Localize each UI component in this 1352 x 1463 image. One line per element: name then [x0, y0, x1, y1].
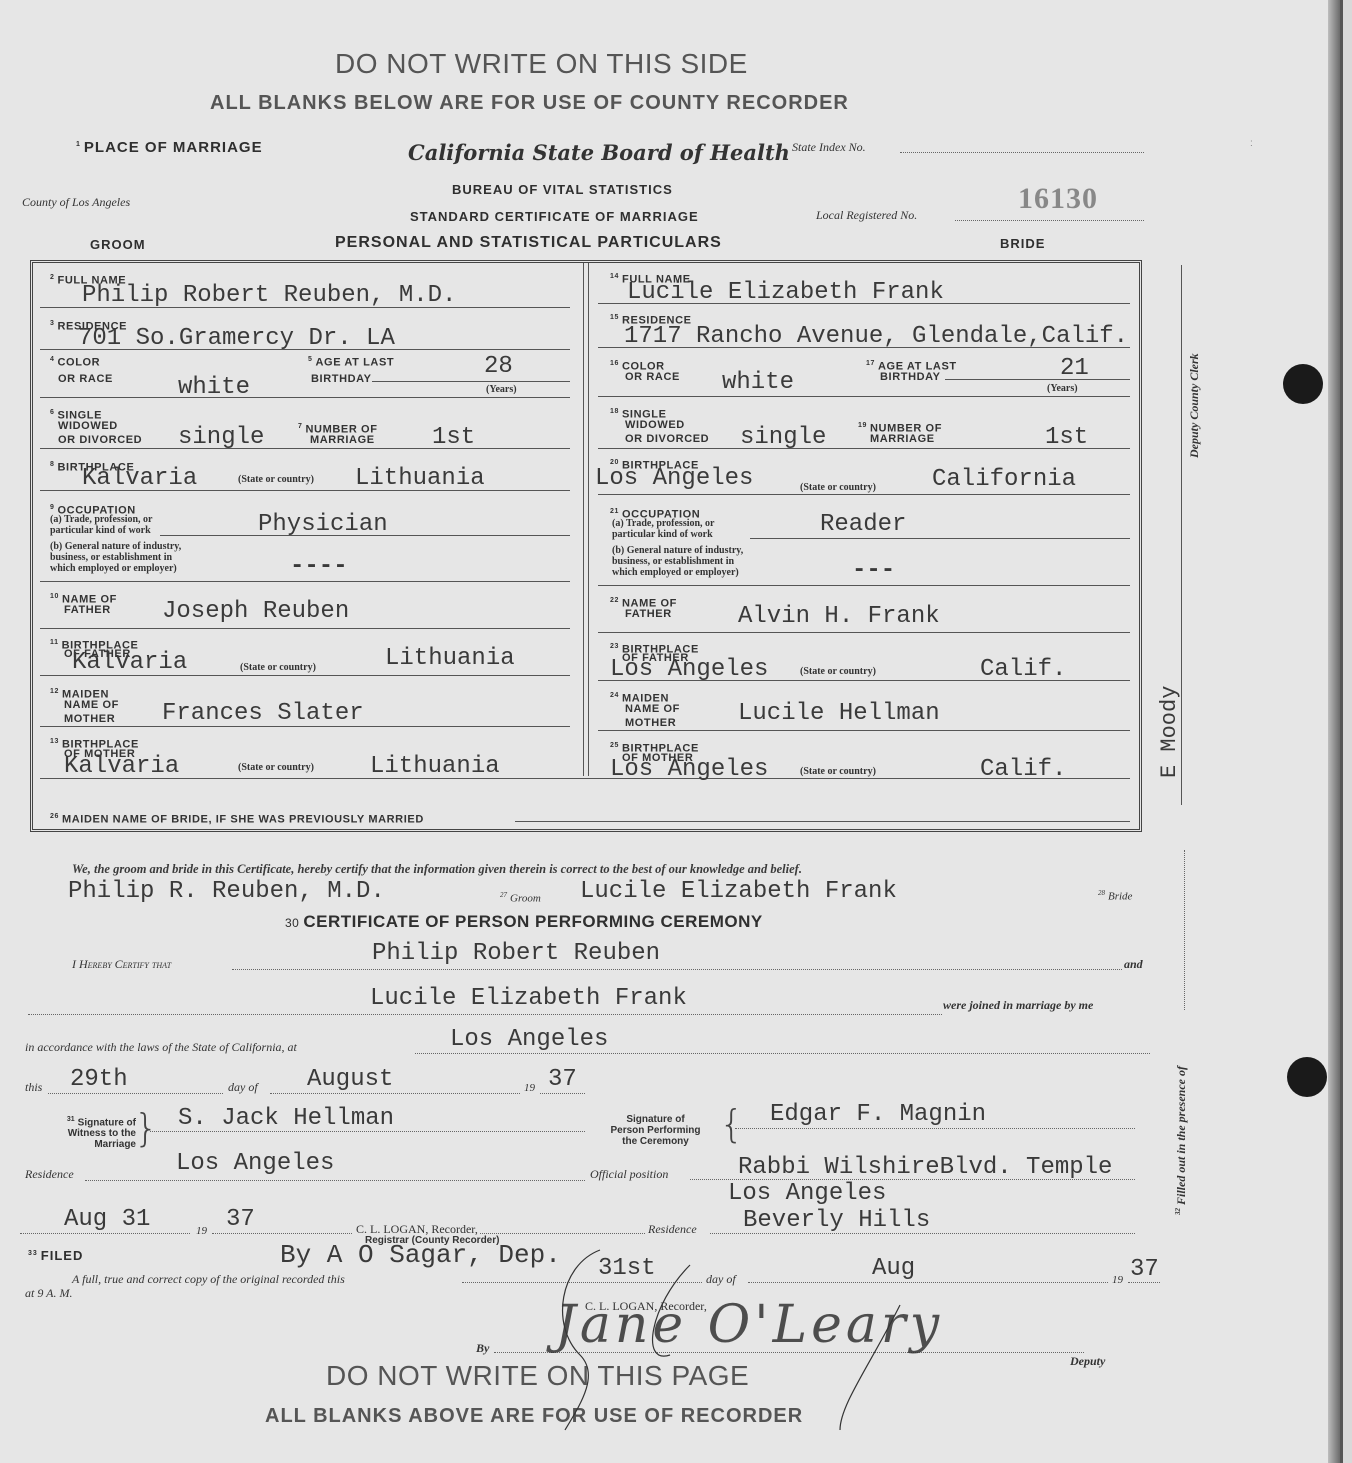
name-of-label: NAME OF	[64, 699, 119, 712]
state-or-country-label: (State or country)	[238, 762, 314, 773]
groom-mother-birthplace-city: Kalvaria	[64, 753, 179, 780]
row-rule	[40, 628, 570, 629]
bride-birthplace-country: California	[932, 466, 1076, 493]
bride-divorced-label: OR DIVORCED	[625, 433, 709, 446]
bride-race-label: OR RACE	[625, 371, 680, 384]
row-rule	[40, 349, 570, 350]
field-rule	[540, 1093, 585, 1094]
row-rule	[40, 448, 570, 449]
ceremony-place: Los Angeles	[450, 1026, 608, 1053]
field-rule	[28, 1014, 942, 1015]
top-notice: DO NOT WRITE ON THIS SIDE	[335, 48, 748, 80]
state-or-country-label: (State or country)	[800, 666, 876, 677]
field-rule	[480, 1233, 645, 1234]
occ-b-label-3: which employed or employer)	[612, 567, 739, 578]
mother-label: MOTHER	[625, 717, 676, 730]
father-label: FATHER	[625, 608, 672, 621]
witness-name: S. Jack Hellman	[178, 1105, 394, 1132]
ceremony-party-2: Lucile Elizabeth Frank	[370, 985, 687, 1012]
field-rule	[85, 1180, 585, 1181]
bride-birthplace-city: Los Angeles	[595, 465, 753, 492]
bride-marital-status: single	[740, 424, 826, 451]
particulars-heading: PERSONAL AND STATISTICAL PARTICULARS	[335, 234, 722, 252]
filed-time: at 9 A. M.	[25, 1286, 72, 1301]
groom-father-birthplace-country: Lithuania	[385, 645, 515, 672]
witness-label: 31Signature of Witness to the Marriage	[28, 1114, 136, 1150]
bride-mother-birthplace-country: Calif.	[980, 756, 1066, 783]
name-of-label: NAME OF	[625, 703, 680, 716]
laws-label: in accordance with the laws of the State…	[25, 1040, 297, 1055]
occ-rule	[160, 535, 570, 536]
bride-occupation: Reader	[820, 511, 906, 538]
ceremony-title: 30CERTIFICATE OF PERSON PERFORMING CEREM…	[285, 912, 763, 932]
filed-label: 33FILED	[28, 1248, 83, 1263]
field-rule	[232, 969, 1122, 970]
official-position-city: Los Angeles	[728, 1180, 886, 1207]
county-label: County of Los Angeles	[22, 195, 130, 210]
brace-icon: }	[718, 1102, 742, 1146]
ceremony-month: August	[307, 1066, 393, 1093]
occ-b-label: (b) General nature of industry,	[50, 541, 181, 552]
punch-hole-bottom	[1287, 1057, 1327, 1097]
occ-a-label: (a) Trade, profession, or	[612, 518, 715, 529]
groom-industry: ----	[290, 553, 348, 580]
bride-father-birthplace-city: Los Angeles	[610, 656, 768, 683]
certificate-type: STANDARD CERTIFICATE OF MARRIAGE	[410, 209, 699, 224]
day-of-label: day of	[228, 1080, 258, 1095]
groom-birthplace-city: Kalvaria	[82, 465, 197, 492]
father-label: FATHER	[64, 604, 111, 617]
official-position-label: Official position	[590, 1167, 668, 1182]
field-rule	[212, 1233, 352, 1234]
row-rule	[40, 490, 570, 491]
bride-years-label: (Years)	[1047, 383, 1078, 394]
bride-mother-maiden-name: Lucile Hellman	[738, 700, 940, 727]
state-or-country-label: (State or country)	[800, 482, 876, 493]
copy-year-prefix: 19	[1112, 1274, 1123, 1286]
joined-label: were joined in marriage by me	[943, 998, 1093, 1013]
ceremony-party-1: Philip Robert Reuben	[372, 940, 660, 967]
row-rule	[40, 581, 570, 582]
groom-bride-divider	[583, 263, 584, 776]
top-subnotice: ALL BLANKS BELOW ARE FOR USE OF COUNTY R…	[210, 92, 849, 115]
occ-a-label: (a) Trade, profession, or	[50, 514, 153, 525]
bride-mother-birthplace-city: Los Angeles	[610, 756, 768, 783]
mother-label: MOTHER	[64, 713, 115, 726]
bureau-label: BUREAU OF VITAL STATISTICS	[452, 182, 673, 197]
groom-age: 28	[484, 353, 513, 380]
groom-birthday-label: BIRTHDAY	[311, 373, 372, 386]
field-rule	[270, 1093, 520, 1094]
maiden-name-bride-field[interactable]	[515, 821, 1130, 822]
row-rule	[40, 726, 570, 727]
groom-signature: Philip R. Reuben, M.D.	[68, 878, 385, 905]
groom-occupation: Physician	[258, 511, 388, 538]
groom-mother-birthplace-country: Lithuania	[370, 753, 500, 780]
local-registered-number: 16130	[1018, 182, 1098, 216]
bride-industry: ---	[852, 557, 895, 584]
ceremony-day: 29th	[70, 1066, 128, 1093]
official-position: Rabbi WilshireBlvd. Temple	[738, 1154, 1112, 1181]
occ-b-label: (b) General nature of industry,	[612, 545, 743, 556]
board-title: California State Board of Health	[408, 140, 790, 165]
groom-color-label: 4COLOR	[50, 353, 100, 370]
punch-hole-top	[1283, 364, 1323, 404]
bride-heading: BRIDE	[1000, 236, 1045, 251]
signature-flourish-icon	[540, 1245, 980, 1435]
row-rule	[598, 680, 1130, 681]
row-rule	[598, 494, 1130, 495]
groom-residence: 701 So.Gramercy Dr. LA	[78, 325, 395, 352]
row-rule	[40, 307, 570, 308]
bride-father-name: Alvin H. Frank	[738, 603, 940, 630]
occ-b-label-2: business, or establishment in	[612, 556, 734, 567]
occ-rule	[750, 538, 1130, 539]
officiant-residence: Beverly Hills	[743, 1207, 930, 1234]
certificate-page: DO NOT WRITE ON THIS SIDE ALL BLANKS BEL…	[0, 0, 1343, 1463]
state-or-country-label: (State or country)	[240, 662, 316, 673]
maiden-name-bride-label: 26MAIDEN NAME OF BRIDE, IF SHE WAS PREVI…	[50, 810, 424, 827]
occ-b-label-3: which employed or employer)	[50, 563, 177, 574]
occ-b-label-2: business, or establishment in	[50, 552, 172, 563]
row-rule	[598, 303, 1130, 304]
age-rule	[372, 381, 570, 382]
groom-age-label: 5AGE AT LAST	[308, 353, 394, 370]
groom-father-birthplace-city: Kalvaria	[72, 649, 187, 676]
place-of-marriage-label: 1PLACE OF MARRIAGE	[76, 139, 263, 156]
bride-age: 21	[1060, 355, 1089, 382]
filed-year: 37	[226, 1206, 255, 1233]
row-rule	[40, 675, 570, 676]
bride-color: white	[722, 369, 794, 396]
row-rule	[598, 396, 1130, 397]
groom-full-name: Philip Robert Reuben, M.D.	[82, 282, 456, 309]
copy-year: 37	[1130, 1256, 1159, 1283]
state-or-country-label: (State or country)	[238, 474, 314, 485]
local-registered-label: Local Registered No.	[816, 208, 917, 223]
row-rule	[40, 397, 570, 398]
field-rule	[20, 1233, 190, 1234]
groom-years-label: (Years)	[486, 384, 517, 395]
groom-number-of-marriage: 1st	[432, 424, 475, 451]
deputy-clerk-name: E Moody	[1157, 686, 1182, 778]
groom-signature-label: 27Groom	[500, 891, 541, 905]
page-edge-shadow	[1328, 0, 1340, 1463]
groom-bride-divider-2	[588, 263, 589, 776]
groom-birthplace-country: Lithuania	[355, 465, 485, 492]
bride-widowed-label: WIDOWED	[625, 419, 685, 432]
groom-divorced-label: OR DIVORCED	[58, 434, 142, 447]
bride-full-name: Lucile Elizabeth Frank	[627, 279, 944, 306]
bride-father-birthplace-country: Calif.	[980, 656, 1066, 683]
state-index-field[interactable]	[900, 152, 1144, 153]
copy-statement: A full, true and correct copy of the ori…	[72, 1272, 345, 1287]
groom-father-name: Joseph Reuben	[162, 598, 349, 625]
filed-year-prefix: 19	[196, 1225, 207, 1237]
field-rule	[48, 1093, 223, 1094]
groom-widowed-label: WIDOWED	[58, 420, 118, 433]
groom-marital-status: single	[178, 424, 264, 451]
ceremony-year: 37	[548, 1066, 577, 1093]
occ-a-label-2: particular kind of work	[612, 529, 713, 540]
local-registered-field[interactable]	[955, 220, 1144, 221]
row-rule	[40, 778, 1130, 779]
bride-birthday-label: BIRTHDAY	[880, 371, 941, 384]
bride-residence: 1717 Rancho Avenue, Glendale,Calif.	[624, 323, 1128, 350]
field-rule	[415, 1053, 1150, 1054]
deputy-clerk-label: Deputy County Clerk	[1187, 353, 1202, 458]
age-rule	[945, 379, 1130, 380]
this-label: this	[25, 1080, 42, 1095]
brace-icon: }	[134, 1106, 158, 1150]
filled-presence-field[interactable]	[1184, 850, 1185, 1010]
deputy-label: Deputy	[1070, 1354, 1105, 1369]
certify-label: I Hereby Certify that	[72, 957, 171, 972]
bride-signature: Lucile Elizabeth Frank	[580, 878, 897, 905]
year-prefix: 19	[524, 1082, 535, 1094]
witness-residence: Los Angeles	[176, 1150, 334, 1177]
filled-presence-label: 32Filled out in the presence of	[1174, 1066, 1189, 1215]
and-label: and	[1124, 957, 1143, 972]
groom-heading: GROOM	[90, 237, 146, 252]
field-rule	[735, 1128, 1135, 1129]
by-label: By	[476, 1341, 489, 1356]
bride-marriage-label: MARRIAGE	[870, 433, 935, 446]
speck: :	[1250, 138, 1253, 149]
officiant-name: Edgar F. Magnin	[770, 1101, 986, 1128]
filed-by-deputy: By A O Sagar, Dep.	[280, 1240, 561, 1270]
officiant-label: Signature of Person Performing the Cerem…	[598, 1114, 713, 1147]
row-rule	[598, 730, 1130, 731]
state-index-label: State Index No.	[792, 140, 866, 155]
row-rule	[598, 448, 1130, 449]
row-rule	[598, 632, 1130, 633]
row-rule	[598, 347, 1130, 348]
filed-date: Aug 31	[64, 1206, 150, 1233]
groom-marriage-label: MARRIAGE	[310, 434, 375, 447]
groom-race-label: OR RACE	[58, 373, 113, 386]
state-or-country-label: (State or country)	[800, 766, 876, 777]
officiant-residence-label: Residence	[648, 1222, 697, 1237]
bride-signature-label: 28Bride	[1098, 889, 1132, 903]
row-rule	[598, 585, 1130, 586]
bride-number-of-marriage: 1st	[1045, 424, 1088, 451]
certification-statement: We, the groom and bride in this Certific…	[72, 862, 802, 877]
witness-residence-label: Residence	[25, 1167, 74, 1182]
groom-mother-maiden-name: Frances Slater	[162, 700, 364, 727]
occ-a-label-2: particular kind of work	[50, 525, 151, 536]
